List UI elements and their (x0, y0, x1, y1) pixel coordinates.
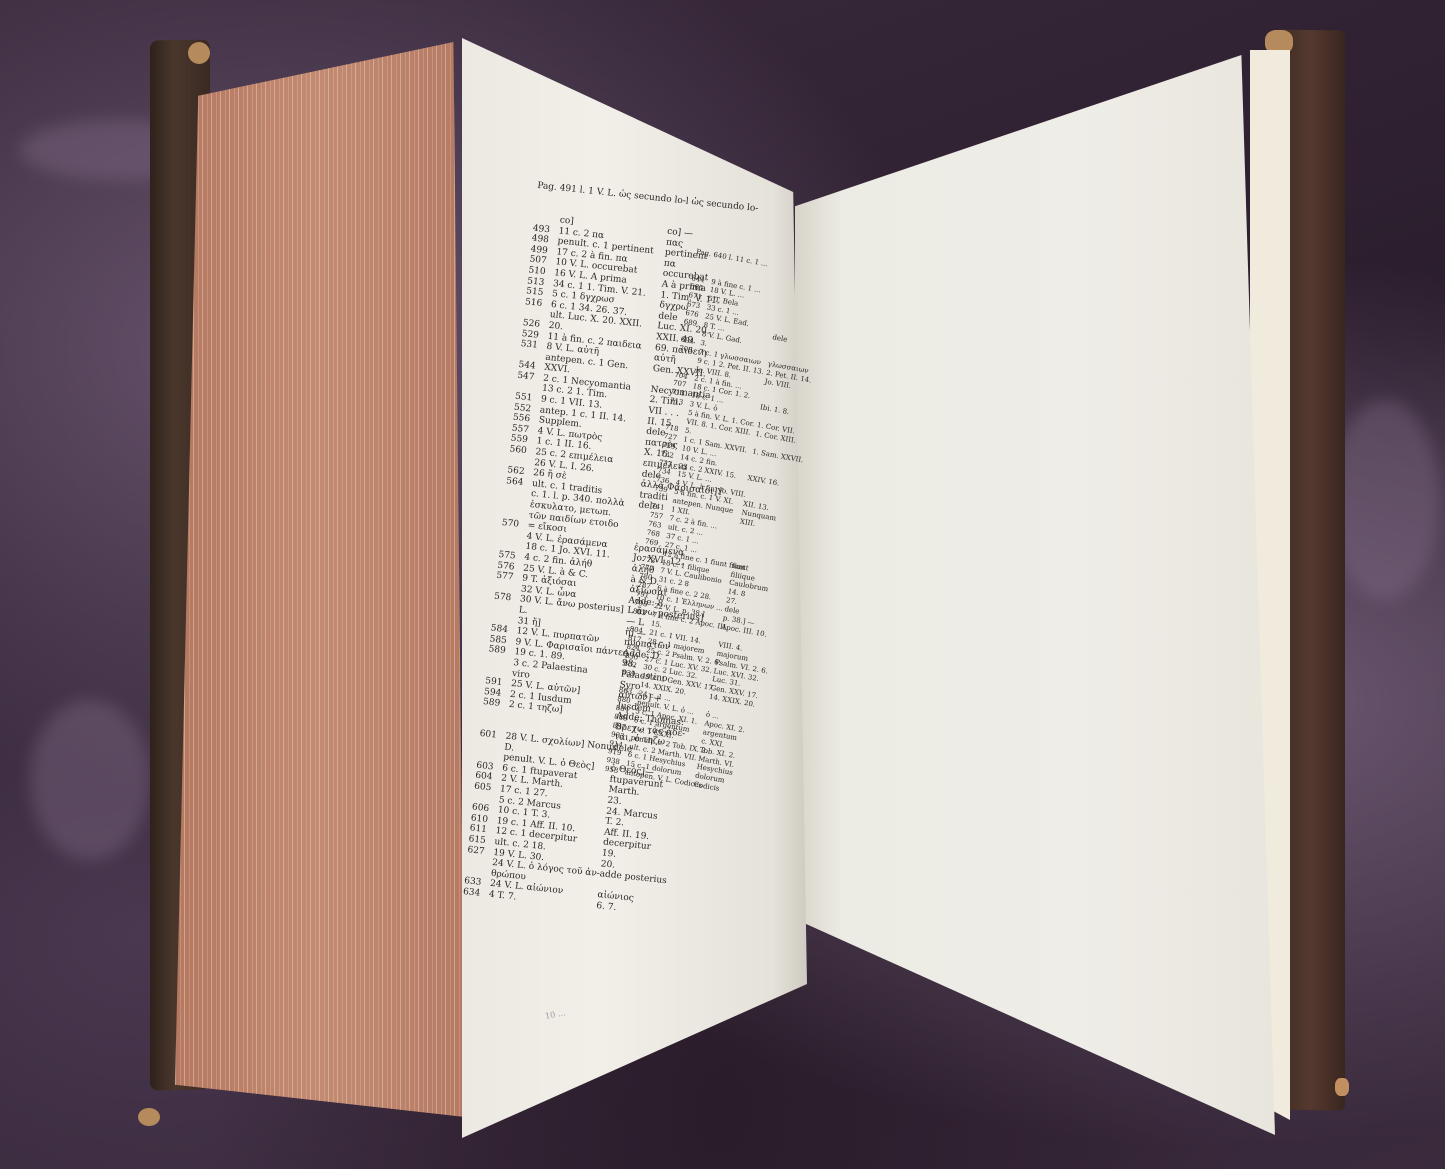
errata-page (508, 462, 534, 465)
errata-page: 634 (462, 887, 489, 900)
page-header: Pag. 640 l. 11 c. 1 ... (695, 248, 838, 282)
book-photo: Pag. 491 l. 1 V. L. ὡς secundo lo-l ὡς s… (0, 0, 1445, 1169)
errata-page (493, 609, 519, 612)
errata-page (487, 662, 513, 665)
errata-page (504, 504, 530, 507)
red-speckled-fore-edge (175, 42, 465, 1117)
worn-corner (138, 1108, 160, 1126)
errata-page (501, 536, 527, 539)
errata-page (465, 873, 491, 876)
errata-page (495, 588, 521, 591)
errata-page (499, 546, 525, 549)
blank-right-page (795, 55, 1275, 1135)
velvet-highlight (30, 700, 150, 860)
errata-page (473, 799, 499, 802)
worn-corner (188, 42, 210, 64)
errata-page (505, 494, 531, 497)
errata-page (534, 220, 560, 223)
errata-page (481, 725, 507, 728)
velvet-highlight (1330, 400, 1440, 600)
errata-page (516, 388, 542, 391)
worn-corner (1335, 1078, 1349, 1096)
errata-page (519, 357, 545, 360)
errata-page (482, 715, 508, 718)
page-header: Pag. 491 l. 1 V. L. ὡς secundo lo-l ὡς s… (537, 181, 759, 215)
errata-page (492, 620, 518, 623)
errata-page (478, 746, 504, 749)
errata-page (524, 314, 550, 317)
errata-page (477, 757, 503, 760)
errata-page (466, 862, 492, 865)
errata-page (503, 515, 529, 518)
errata-corr: 6. 7. (596, 901, 617, 914)
errata-page (486, 673, 512, 676)
